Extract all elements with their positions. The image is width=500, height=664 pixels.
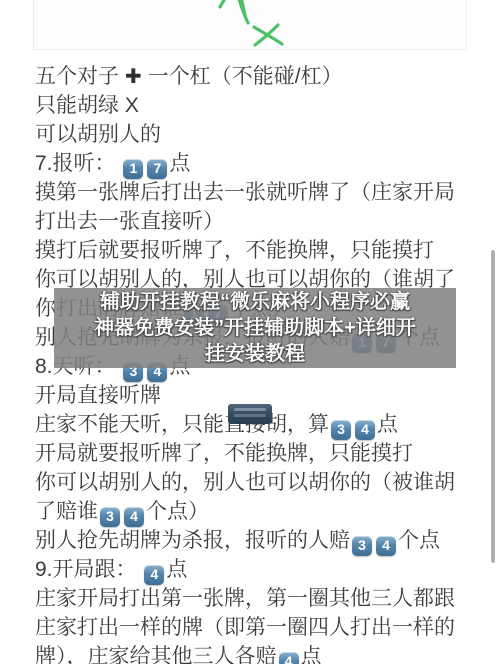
text-segment: 庄家不能天听，只能直接胡，算 bbox=[35, 413, 329, 436]
text-segment: 开局直接听牌 bbox=[35, 384, 161, 407]
watermark-line: 神器免费安装”开挂辅助脚本+详细开 bbox=[94, 315, 416, 341]
text-segment: 个点 bbox=[398, 529, 440, 552]
text-segment: 开局就要报听牌了，不能换牌，只能摸打 bbox=[35, 442, 413, 465]
keycap-digit-icon: 4 bbox=[376, 536, 396, 556]
text-line: 可以胡别人的 bbox=[35, 120, 495, 149]
plus-icon: ✚ bbox=[125, 66, 142, 88]
text-line: 牌），庄家给其他三人各赔4点 bbox=[35, 642, 495, 664]
keycap-digit-icon: 1 bbox=[123, 159, 143, 179]
keycap-digit-icon: 3 bbox=[331, 420, 351, 440]
text-segment: 点 bbox=[377, 413, 398, 436]
inline-sticker-icon bbox=[228, 404, 272, 424]
watermark-line: 挂安装教程 bbox=[205, 341, 305, 367]
article-screenshot: 五个对子✚一个杠（不能碰/杠）只能胡绿 X可以胡别人的7.报听： 17点摸第一张… bbox=[0, 0, 500, 664]
scrollbar-thumb[interactable] bbox=[491, 250, 495, 563]
keycap-digit-icon: 7 bbox=[147, 159, 167, 179]
text-segment: 别人抢先胡牌为杀报，报听的人赔 bbox=[35, 529, 350, 552]
text-line: 9.开局跟： 4点 bbox=[35, 555, 495, 584]
keycap-digit-icon: 4 bbox=[355, 420, 375, 440]
image-panel bbox=[33, 0, 467, 50]
text-segment: 9.开局跟： bbox=[35, 558, 142, 581]
text-segment: 你可以胡别人的，别人也可以胡你的（被谁胡 bbox=[35, 471, 455, 494]
text-segment: 可以胡别人的 bbox=[35, 123, 161, 146]
hand-drawing-icon bbox=[34, 0, 468, 51]
text-segment: 点 bbox=[169, 152, 190, 175]
text-segment: 庄家打出一样的牌（即第一圈四人打出一样的 bbox=[35, 616, 455, 639]
text-segment: 点 bbox=[301, 645, 322, 664]
text-line: 庄家开局打出第一张牌，第一圈其他三人都跟 bbox=[35, 584, 495, 613]
keycap-digit-icon: 3 bbox=[100, 507, 120, 527]
text-line: 摸打后就要报听牌了，不能换牌，只能摸打 bbox=[35, 236, 495, 265]
text-line: 摸第一张牌后打出去一张就听牌了（庄家开局 bbox=[35, 178, 495, 207]
text-segment: 五个对子 bbox=[35, 65, 119, 88]
text-line: 你可以胡别人的，别人也可以胡你的（被谁胡 bbox=[35, 468, 495, 497]
watermark-overlay: 辅助开挂教程“微乐麻将小程序必赢 神器免费安装”开挂辅助脚本+详细开 挂安装教程 bbox=[54, 288, 456, 368]
text-segment: 一个杠（不能碰/杠） bbox=[148, 65, 343, 88]
text-line: 打出去一张直接听） bbox=[35, 207, 495, 236]
text-line: 开局就要报听牌了，不能换牌，只能摸打 bbox=[35, 439, 495, 468]
keycap-digit-icon: 4 bbox=[279, 652, 299, 664]
text-line: 7.报听： 17点 bbox=[35, 149, 495, 178]
text-segment: 了赔谁 bbox=[35, 500, 98, 523]
text-segment: 牌），庄家给其他三人各赔 bbox=[35, 645, 277, 664]
text-segment: 个点） bbox=[146, 500, 209, 523]
keycap-digit-icon: 4 bbox=[144, 565, 164, 585]
text-segment: 点 bbox=[166, 558, 187, 581]
text-line: 了赔谁34个点） bbox=[35, 497, 495, 526]
text-segment: 摸打后就要报听牌了，不能换牌，只能摸打 bbox=[35, 239, 434, 262]
keycap-digit-icon: 4 bbox=[124, 507, 144, 527]
watermark-line: 辅助开挂教程“微乐麻将小程序必赢 bbox=[100, 289, 410, 315]
text-segment: 庄家开局打出第一张牌，第一圈其他三人都跟 bbox=[35, 587, 455, 610]
text-segment: 只能胡绿 X bbox=[35, 94, 139, 117]
text-segment: 打出去一张直接听） bbox=[35, 210, 224, 233]
text-line: 庄家打出一样的牌（即第一圈四人打出一样的 bbox=[35, 613, 495, 642]
text-line: 别人抢先胡牌为杀报，报听的人赔34个点 bbox=[35, 526, 495, 555]
text-line: 五个对子✚一个杠（不能碰/杠） bbox=[35, 62, 495, 91]
text-segment: 7.报听： bbox=[35, 152, 121, 175]
keycap-digit-icon: 3 bbox=[352, 536, 372, 556]
text-line: 只能胡绿 X bbox=[35, 91, 495, 120]
text-segment: 摸第一张牌后打出去一张就听牌了（庄家开局 bbox=[35, 181, 455, 204]
